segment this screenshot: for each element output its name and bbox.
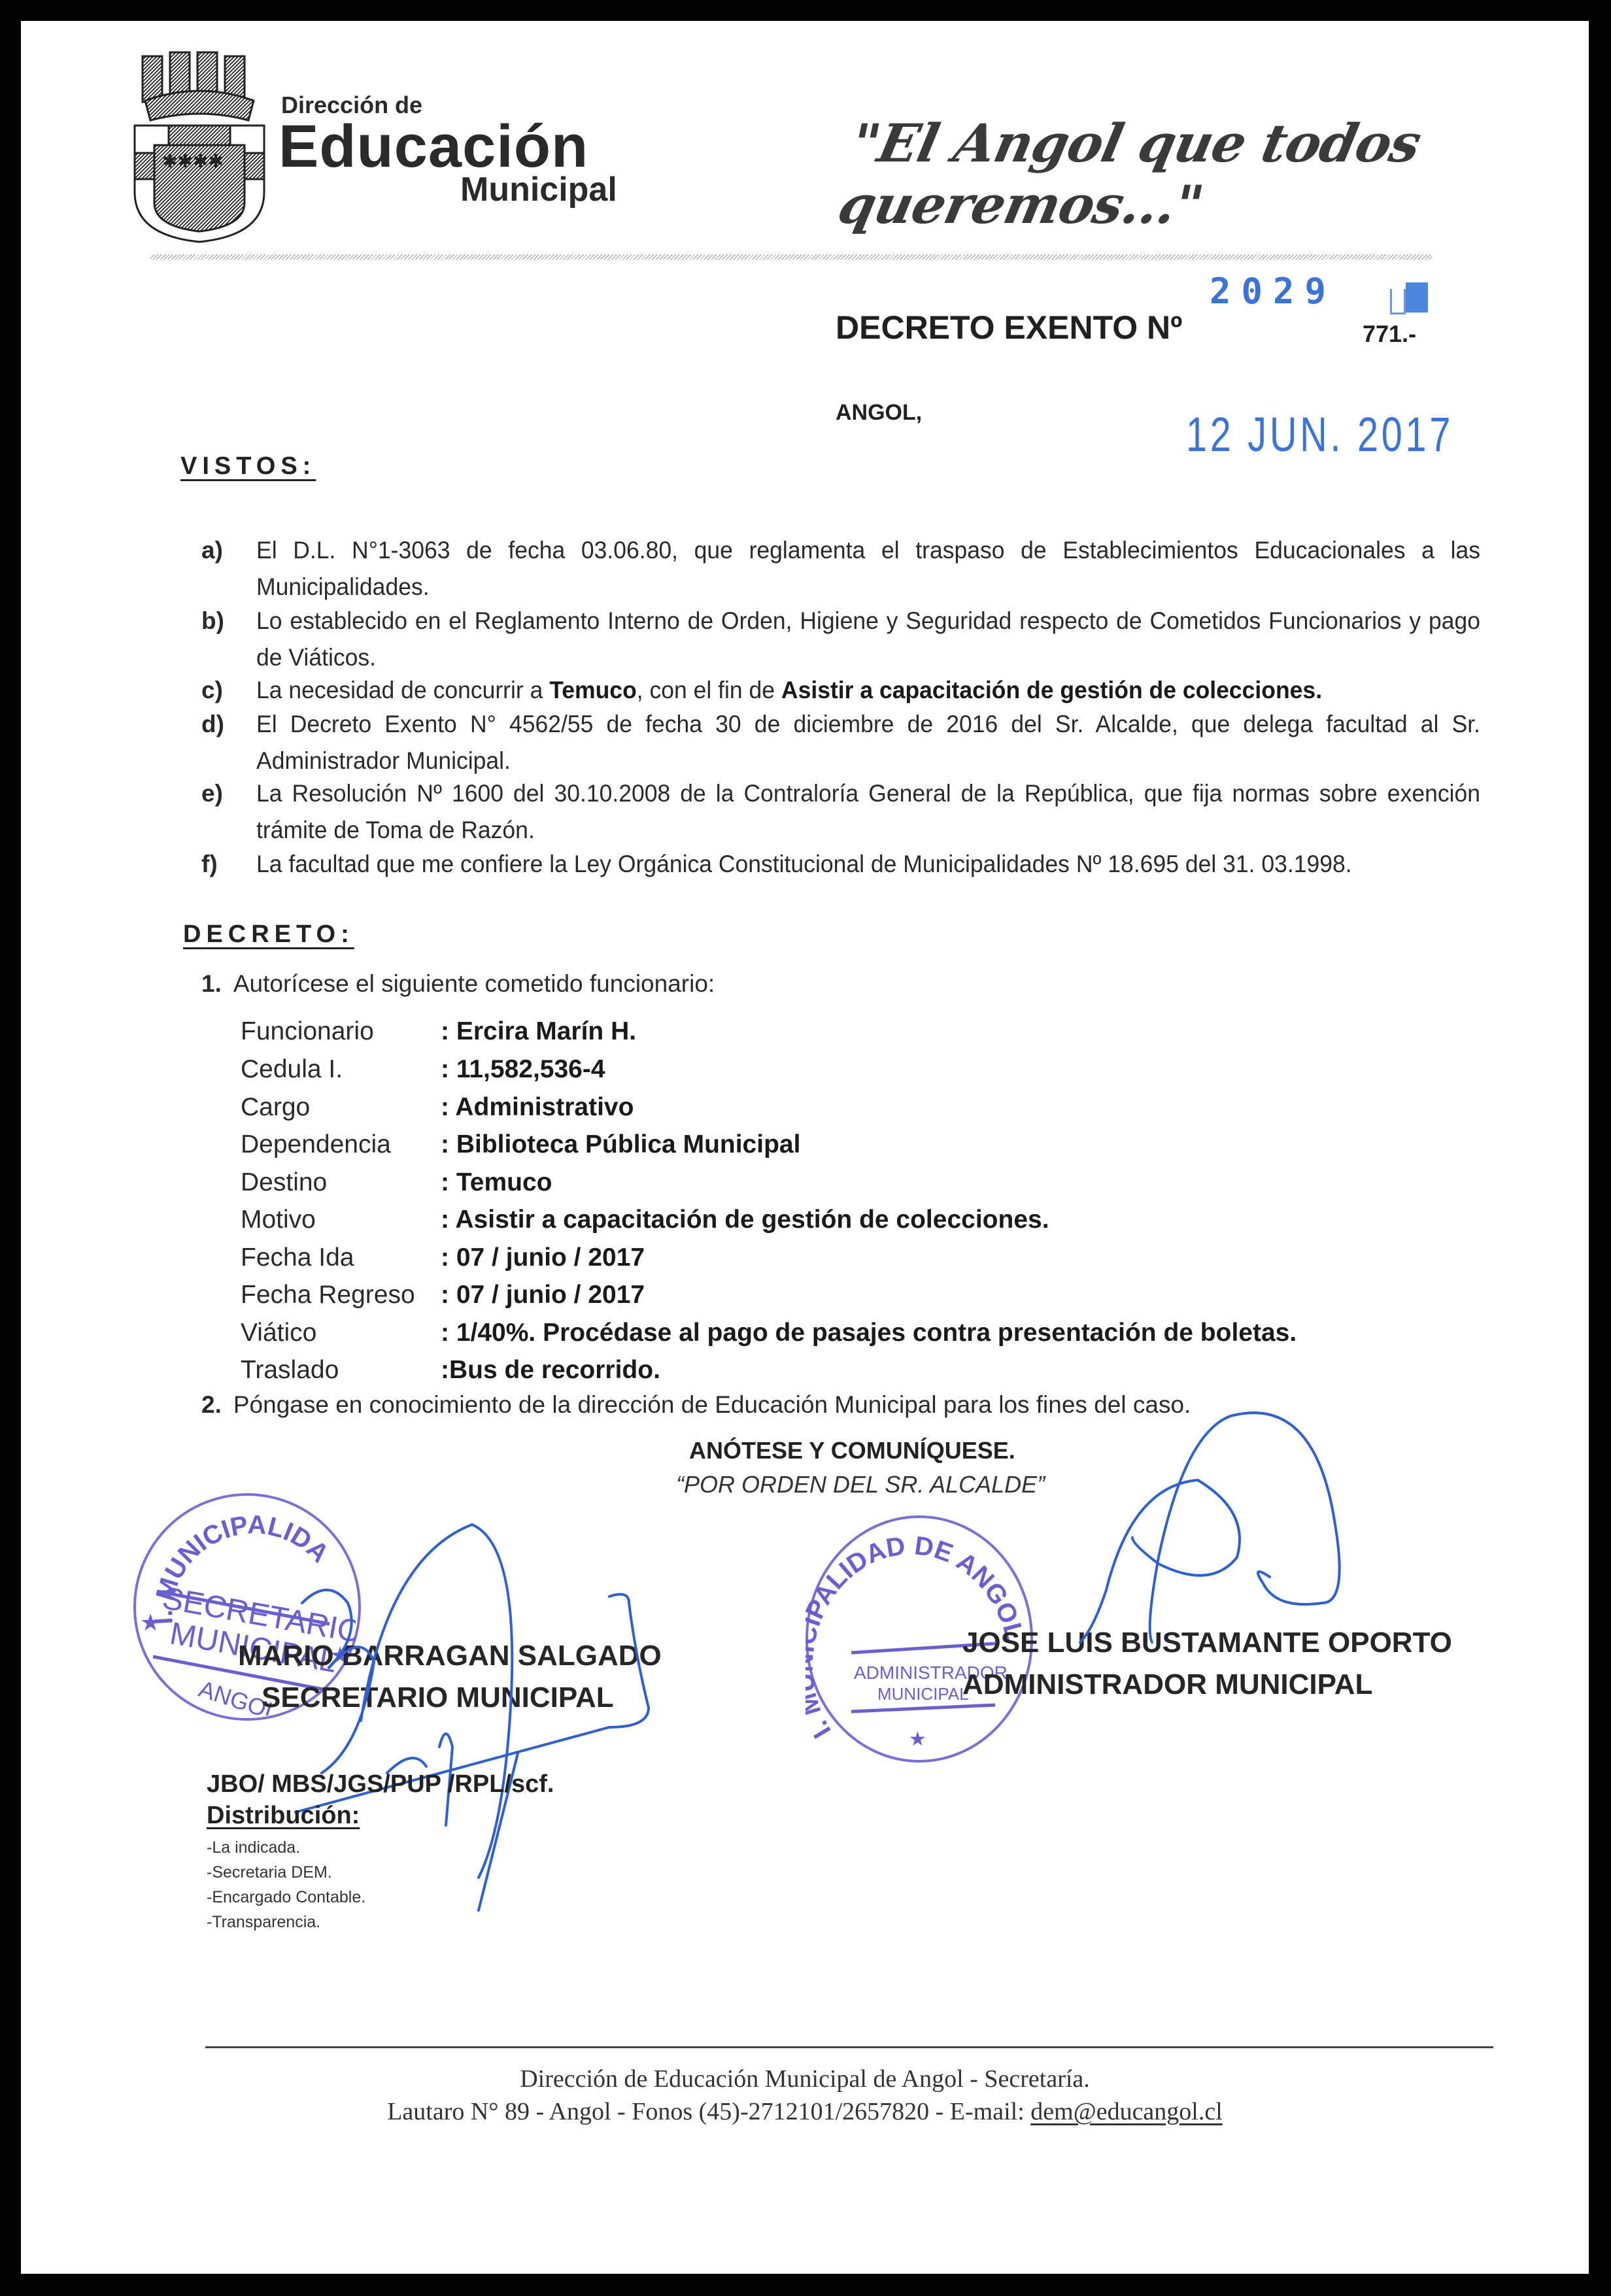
distribution-item: -Secretaria DEM. — [207, 1863, 332, 1882]
handwritten-signatures — [21, 21, 1589, 2274]
distribution-item: -La indicada. — [207, 1838, 300, 1857]
distribution-item: -Transparencia. — [207, 1913, 320, 1932]
footer-office: Dirección de Educación Municipal de Ango… — [21, 2065, 1589, 2093]
distribution-item: -Encargado Contable. — [207, 1888, 365, 1907]
footer-address: Lautaro N° 89 - Angol - Fonos (45)-27121… — [387, 2098, 1030, 2125]
footer-email-link[interactable]: dem@educangol.cl — [1030, 2098, 1223, 2125]
reference-initials: JBO/ MBS/JGS/PUP /RPL/scf. — [207, 1770, 554, 1798]
document-page: ✱✱✱✱ Dirección de Educación Municipal "E… — [21, 21, 1589, 2274]
footer-contact: Lautaro N° 89 - Angol - Fonos (45)-27121… — [21, 2097, 1589, 2126]
distribution-heading: Distribución: — [207, 1802, 360, 1830]
footer-divider — [205, 2046, 1493, 2048]
